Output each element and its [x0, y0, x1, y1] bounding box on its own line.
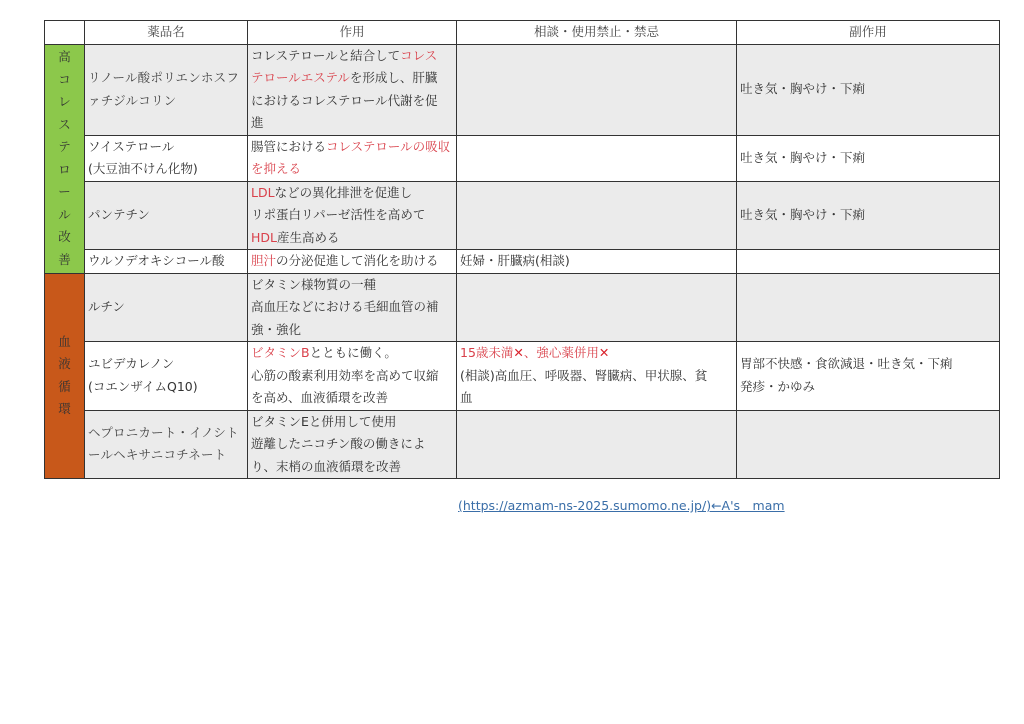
table-row: 血 液 循 環 ルチン ビタミン様物質の一種 高血圧などにおける毛細血管の補 強…	[45, 273, 1000, 342]
drug-action: ビタミンBとともに働く。 心筋の酸素利用効率を高めて収縮 を高め、血液循環を改善	[248, 342, 457, 411]
drug-side-effects	[737, 273, 1000, 342]
category-char: ス	[48, 114, 81, 137]
drug-action: ビタミンEと併用して使用 遊離したニコチン酸の働きによ り、末梢の血液循環を改善	[248, 410, 457, 479]
prohibited-x-icon: ✕	[513, 345, 523, 360]
drug-name: リノール酸ポリエンホスファチジルコリン	[85, 44, 248, 135]
header-side-effects: 副作用	[737, 21, 1000, 45]
drug-action: 腸管におけるコレステロールの吸収を抑える	[248, 135, 457, 181]
drug-caution	[457, 410, 737, 479]
category-char: コ	[48, 69, 81, 92]
drug-side-effects: 胃部不快感・食欲減退・吐き気・下痢 発疹・かゆみ	[737, 342, 1000, 411]
header-row: 薬品名 作用 相談・使用禁止・禁忌 副作用	[45, 21, 1000, 45]
drug-name: ヘプロニカート・イノシトールヘキサニコチネート	[85, 410, 248, 479]
drug-action: ビタミン様物質の一種 高血圧などにおける毛細血管の補 強・強化	[248, 273, 457, 342]
drug-table: 薬品名 作用 相談・使用禁止・禁忌 副作用 高 コ レ ス テ ロ ー ル 改 …	[44, 20, 1000, 479]
drug-caution	[457, 273, 737, 342]
drug-name: パンテチン	[85, 181, 248, 250]
drug-caution	[457, 135, 737, 181]
category-char: 血	[48, 331, 81, 354]
table-row: ウルソデオキシコール酸 胆汁の分泌促進して消化を助ける 妊婦・肝臓病(相談)	[45, 250, 1000, 274]
table-row: ユビデカレノン (コエンザイムQ10) ビタミンBとともに働く。 心筋の酸素利用…	[45, 342, 1000, 411]
category-cholesterol: 高 コ レ ス テ ロ ー ル 改 善	[45, 44, 85, 273]
drug-name: ユビデカレノン (コエンザイムQ10)	[85, 342, 248, 411]
category-char: 善	[48, 249, 81, 272]
drug-action: LDLなどの異化排泄を促進し リポ蛋白リパーゼ活性を高めて HDL産生高める	[248, 181, 457, 250]
drug-side-effects: 吐き気・胸やけ・下痢	[737, 181, 1000, 250]
category-char: 液	[48, 353, 81, 376]
header-caution: 相談・使用禁止・禁忌	[457, 21, 737, 45]
category-circulation: 血 液 循 環	[45, 273, 85, 479]
table-row: パンテチン LDLなどの異化排泄を促進し リポ蛋白リパーゼ活性を高めて HDL産…	[45, 181, 1000, 250]
drug-name: ソイステロール (大豆油不けん化物)	[85, 135, 248, 181]
header-name: 薬品名	[85, 21, 248, 45]
drug-name: ルチン	[85, 273, 248, 342]
category-char: 改	[48, 226, 81, 249]
category-char: ロ	[48, 159, 81, 182]
prohibited-x-icon: ✕	[599, 345, 609, 360]
table-row: ソイステロール (大豆油不けん化物) 腸管におけるコレステロールの吸収を抑える …	[45, 135, 1000, 181]
source-link[interactable]: (https://azmam-ns-2025.sumomo.ne.jp/)←A'…	[458, 496, 785, 514]
category-char: レ	[48, 91, 81, 114]
category-char: 循	[48, 376, 81, 399]
category-char: 環	[48, 398, 81, 421]
category-char: 高	[48, 46, 81, 69]
drug-side-effects	[737, 250, 1000, 274]
drug-name: ウルソデオキシコール酸	[85, 250, 248, 274]
drug-side-effects: 吐き気・胸やけ・下痢	[737, 135, 1000, 181]
category-char: ー	[48, 181, 81, 204]
table-row: ヘプロニカート・イノシトールヘキサニコチネート ビタミンEと併用して使用 遊離し…	[45, 410, 1000, 479]
table-row: 高 コ レ ス テ ロ ー ル 改 善 リノール酸ポリエンホスファチジルコリン …	[45, 44, 1000, 135]
category-char: テ	[48, 136, 81, 159]
drug-caution: 15歳未満✕、強心薬併用✕ (相談)高血圧、呼吸器、腎臓病、甲状腺、貧 血	[457, 342, 737, 411]
drug-caution	[457, 181, 737, 250]
header-action: 作用	[248, 21, 457, 45]
category-char: ル	[48, 204, 81, 227]
drug-side-effects	[737, 410, 1000, 479]
drug-caution	[457, 44, 737, 135]
drug-action: コレステロールと結合してコレス テロールエステルを形成し、肝臓 におけるコレステ…	[248, 44, 457, 135]
header-blank	[45, 21, 85, 45]
drug-caution: 妊婦・肝臓病(相談)	[457, 250, 737, 274]
drug-action: 胆汁の分泌促進して消化を助ける	[248, 250, 457, 274]
drug-side-effects: 吐き気・胸やけ・下痢	[737, 44, 1000, 135]
